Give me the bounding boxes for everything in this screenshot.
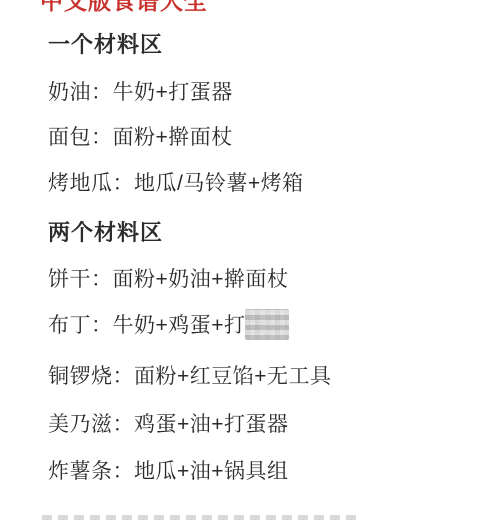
recipe-line-roast-sweet-potato: 烤地瓜：地瓜/马铃薯+烤箱: [48, 169, 304, 199]
page-title: 中文版食谱大全: [40, 0, 208, 16]
section-heading-two-material-zone: 两个材料区: [48, 218, 163, 248]
clipped-next-line-fragment: [42, 515, 357, 520]
recipe-line-mayonnaise: 美乃滋：鸡蛋+油+打蛋器: [48, 410, 289, 440]
mosaic-censor-overlay: [245, 309, 289, 340]
section-heading-one-material-zone: 一个材料区: [48, 30, 163, 60]
recipe-line-cream: 奶油：牛奶+打蛋器: [48, 78, 233, 108]
recipe-line-bread: 面包：面粉+擀面杖: [48, 123, 233, 153]
recipe-guide-page: 中文版食谱大全 一个材料区 奶油：牛奶+打蛋器 面包：面粉+擀面杖 烤地瓜：地瓜…: [0, 0, 500, 521]
recipe-line-dorayaki: 铜锣烧：面粉+红豆馅+无工具: [48, 362, 332, 392]
recipe-line-cookie: 饼干：面粉+奶油+擀面杖: [48, 265, 289, 295]
recipe-line-french-fries: 炸薯条：地瓜+油+锅具组: [48, 457, 289, 487]
